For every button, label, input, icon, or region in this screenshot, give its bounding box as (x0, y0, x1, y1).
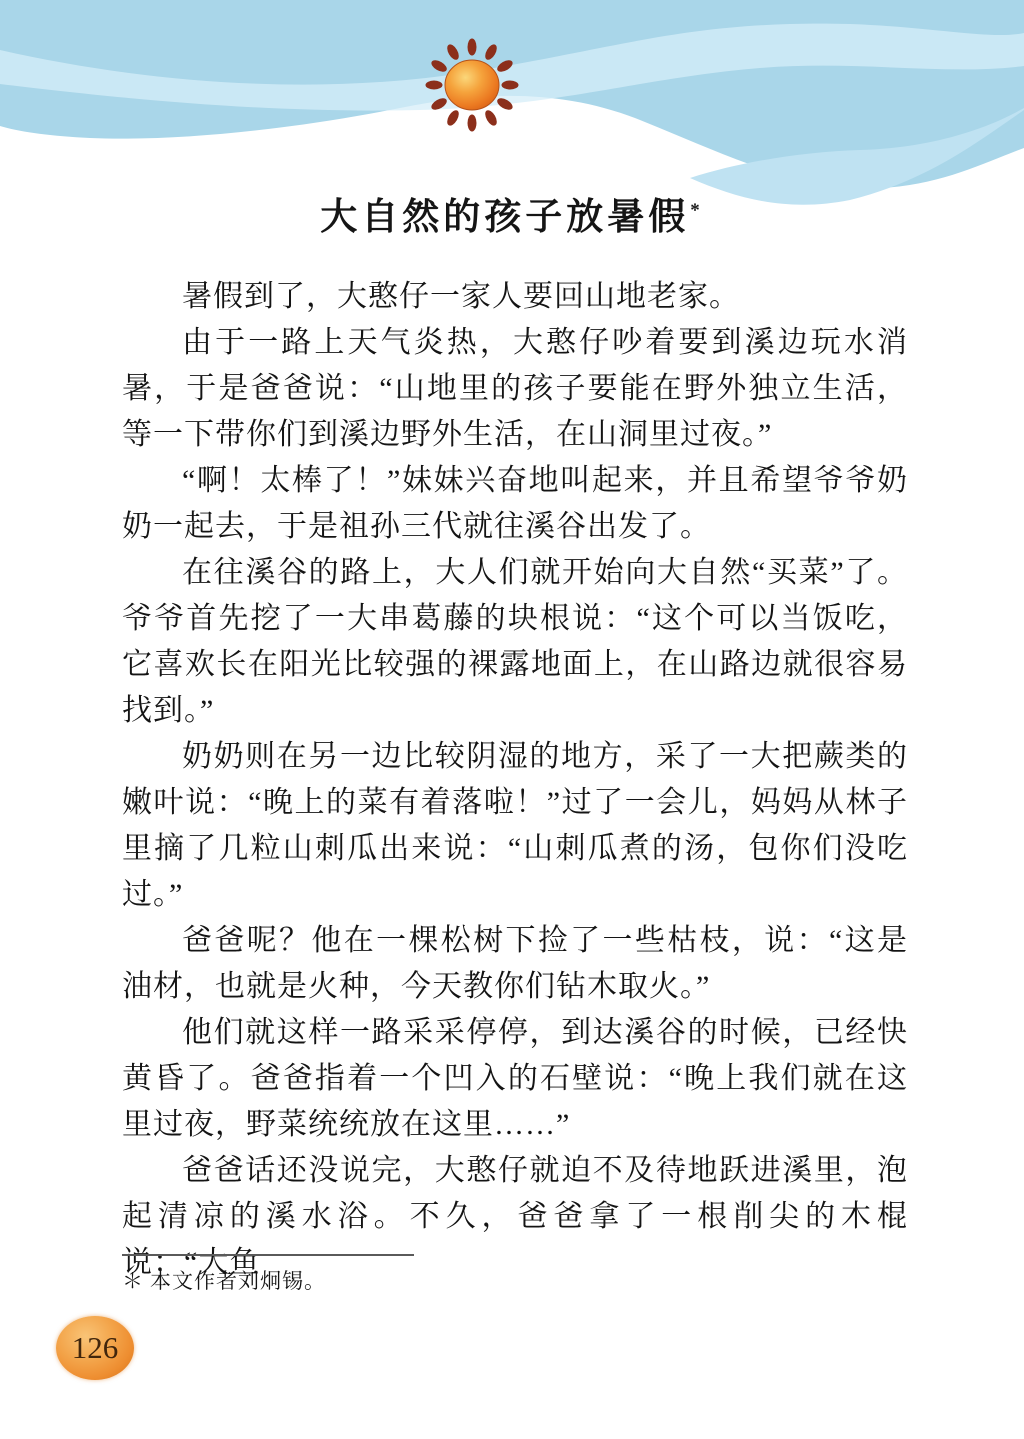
page-title-text: 大自然的孩子放暑假 (320, 197, 689, 238)
paragraph: 奶奶则在另一边比较阴湿的地方，采了一大把蕨类的嫩叶说：“晚上的菜有着落啦！”过了… (122, 734, 908, 918)
title-area: 大自然的孩子放暑假* (0, 186, 1024, 240)
paragraph: 爸爸呢？他在一棵松树下捡了一些枯枝，说：“这是油材，也就是火种，今天教你们钻木取… (122, 918, 908, 1010)
footnote-text: 本文作者刘炯锡。 (150, 1269, 326, 1293)
paragraph: 在往溪谷的路上，大人们就开始向大自然“买菜”了。爷爷首先挖了一大串葛藤的块根说：… (122, 550, 908, 734)
paragraph: “啊！太棒了！”妹妹兴奋地叫起来，并且希望爷爷奶奶一起去，于是祖孙三代就往溪谷出… (122, 458, 908, 550)
footnote: ＊本文作者刘炯锡。 (122, 1254, 882, 1295)
story-body: 暑假到了，大憨仔一家人要回山地老家。 由于一路上天气炎热，大憨仔吵着要到溪边玩水… (122, 274, 908, 1286)
page-number-badge: 126 (56, 1316, 134, 1380)
footnote-line: ＊本文作者刘炯锡。 (122, 1265, 882, 1295)
paragraph: 他们就这样一路采采停停，到达溪谷的时候，已经快黄昏了。爸爸指着一个凹入的石壁说：… (122, 1010, 908, 1148)
title-note-marker: * (690, 200, 704, 221)
textbook-page: 大自然的孩子放暑假* 暑假到了，大憨仔一家人要回山地老家。 由于一路上天气炎热，… (0, 0, 1024, 1439)
footnote-divider (122, 1254, 414, 1256)
footnote-marker: ＊ (122, 1269, 144, 1293)
paragraph: 由于一路上天气炎热，大憨仔吵着要到溪边玩水消暑，于是爸爸说：“山地里的孩子要能在… (122, 320, 908, 458)
page-number: 126 (72, 1330, 119, 1366)
paragraph: 暑假到了，大憨仔一家人要回山地老家。 (122, 274, 908, 320)
page-title: 大自然的孩子放暑假* (320, 186, 704, 240)
